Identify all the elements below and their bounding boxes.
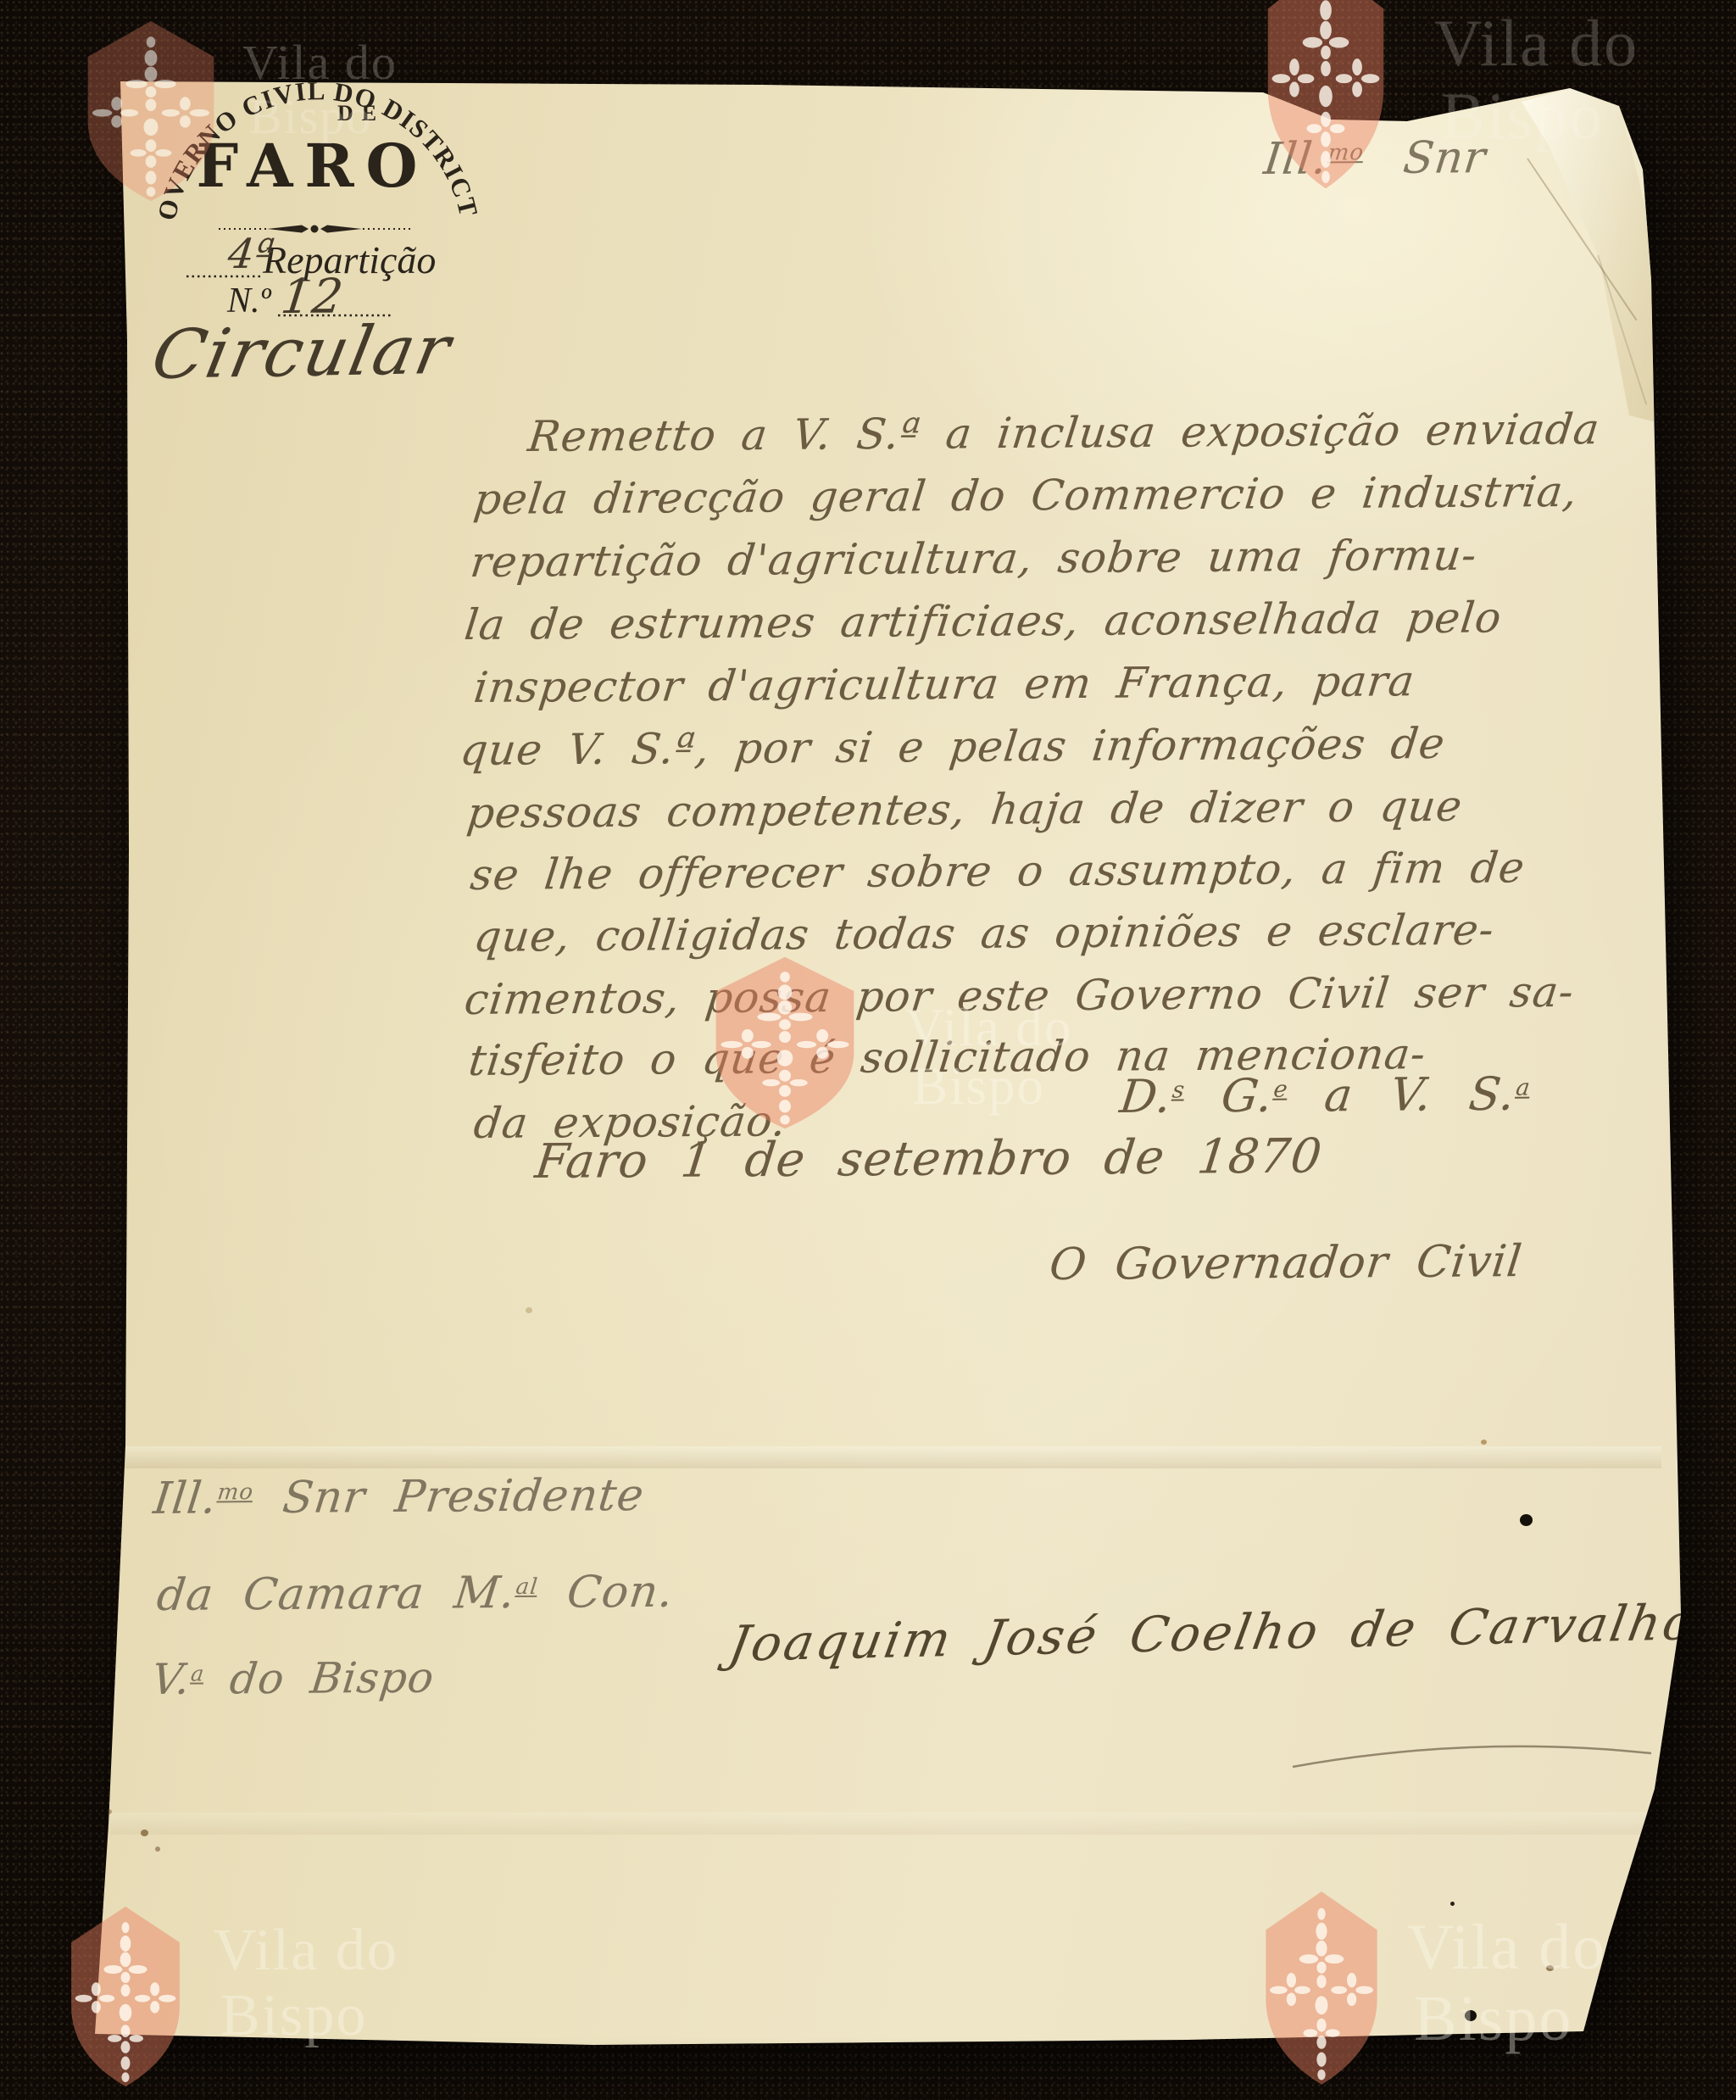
valediction-sup: e [1272,1077,1290,1103]
valediction-sup: a [1515,1075,1533,1101]
addressee-part: Ill. [151,1473,220,1524]
ink-dot [1520,1514,1533,1526]
stain [155,1847,160,1852]
valediction-part: G. [1181,1069,1276,1123]
paper-surface: GOVERNO CIVIL DO DISTRICTO DE FARO Repar… [0,0,1736,2100]
body-line: se lhe offerecer sobre o assumpto, a fim… [468,843,1527,900]
addressee-line-2: da Camara M.al Con. [154,1567,676,1621]
salutation-rest: Snr [1360,132,1489,184]
addressee-sup: al [515,1574,539,1600]
body-line: Remetto a V. S.ª a inclusa exposição env… [526,404,1603,461]
doc-type-label: Circular [146,310,458,394]
ink-dot [1465,2010,1477,2021]
paper-sheet: GOVERNO CIVIL DO DISTRICTO DE FARO Repar… [0,0,1736,2100]
signoff-title: O Governador Civil [1047,1236,1525,1290]
signature: Joaquim José Coelho de Carvalho [725,1593,1700,1673]
body-line: inspector d'agricultura em França, para [471,656,1417,712]
addressee-part: da Camara M. [154,1568,518,1621]
addressee-part: Con. [534,1567,676,1618]
addressee-part: do Bispo [201,1653,437,1704]
salutation-superscript: mo [1327,140,1366,165]
addressee-line-1: Ill.mo Snr Presidente [151,1470,647,1524]
crease-line [1527,158,1637,320]
fold-crease [110,1446,1661,1468]
stain [106,1809,112,1814]
addressee-part: Snr Presidente [250,1470,648,1523]
body-line: pela direcção geral do Commercio e indus… [471,467,1580,524]
valediction: D.s G.e a V. S.a [1117,1067,1533,1123]
body-line: que V. S.ª, por si e pelas informações d… [458,719,1448,775]
stamp-de: DE [337,101,385,125]
signature-flourish [1288,1740,1661,1777]
handwritten-reparticao-number: 4ª [225,231,278,278]
body-line: cimentos, possa por este Governo Civil s… [462,967,1577,1024]
salutation-pre: Ill. [1261,133,1330,185]
body-line: que, colligidas todas as opiniões e escl… [471,905,1497,961]
valediction-part: a V. S. [1284,1067,1518,1122]
fold-crease [110,1813,1661,1835]
salutation: Ill.mo Snr [1261,132,1488,185]
dateline: Faro 1 de setembro de 1870 [532,1129,1325,1189]
body-line: pessoas competentes, haja de dizer o que [465,782,1465,838]
body-line: repartição d'agricultura, sobre uma form… [468,531,1480,587]
stain [526,1307,532,1313]
addressee-part: V. [149,1655,193,1704]
stamp-city: FARO [196,131,429,201]
ink-dot [1450,1902,1455,1906]
photographed-document-scene: GOVERNO CIVIL DO DISTRICTO DE FARO Repar… [0,0,1736,2100]
addressee-line-3: V.a do Bispo [149,1653,437,1704]
stain [1546,1965,1554,1971]
addressee-sup: mo [216,1479,255,1505]
stain [141,1830,148,1836]
stain [1481,1440,1487,1445]
crease-line [1597,255,1647,405]
valediction-part: D. [1117,1070,1175,1123]
body-line: la de estrumes artificiaes, aconselhada … [462,593,1505,649]
